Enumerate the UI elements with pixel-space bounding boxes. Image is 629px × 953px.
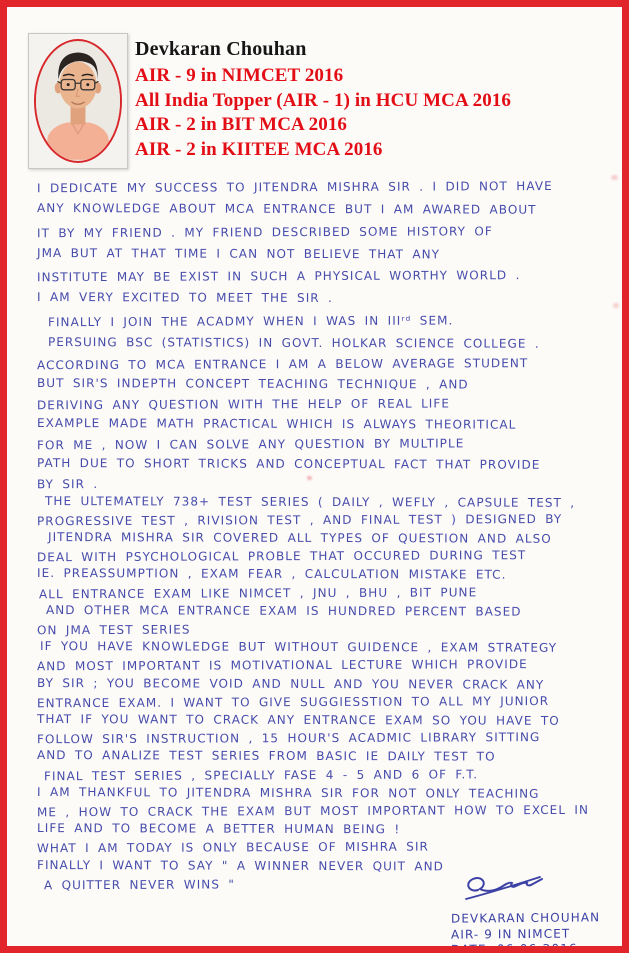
handwritten-line: IT BY MY FRIEND . MY FRIEND DESCRIBED SO… bbox=[37, 219, 612, 244]
handwritten-line: I DEDICATE MY SUCCESS TO JITENDRA MISHRA… bbox=[37, 175, 612, 200]
handwritten-line: FINAL TEST SERIES , SPECIALLY FASE 4 - 5… bbox=[44, 764, 612, 785]
header: Devkaran Chouhan AIR - 9 in NIMCET 2016A… bbox=[135, 38, 511, 162]
handwritten-line: I AM VERY EXCITED TO MEET THE SIR . bbox=[37, 286, 612, 310]
achievement-line: AIR - 9 in NIMCET 2016 bbox=[135, 64, 511, 89]
handwritten-line: THE ULTEMATELY 738+ TEST SERIES ( DAILY … bbox=[45, 492, 612, 512]
achievements-list: AIR - 9 in NIMCET 2016All India Topper (… bbox=[135, 64, 511, 162]
achievement-line: AIR - 2 in KIITEE MCA 2016 bbox=[135, 138, 511, 163]
signature-block: DEVKARAN CHOUHAN AIR- 9 IN NIMCET DATE- … bbox=[451, 873, 600, 953]
handwritten-line: ANY KNOWLEDGE ABOUT MCA ENTRANCE BUT I A… bbox=[37, 197, 612, 221]
handwritten-line: DERIVING ANY QUESTION WITH THE HELP OF R… bbox=[37, 393, 612, 416]
signature-date: DATE- 06-06-2016 bbox=[451, 941, 600, 953]
scan-artifact bbox=[613, 303, 619, 308]
handwritten-line: EXAMPLE MADE MATH PRACTICAL WHICH IS ALW… bbox=[37, 413, 612, 435]
student-photo bbox=[34, 39, 122, 163]
letter-body: I DEDICATE MY SUCCESS TO JITENDRA MISHRA… bbox=[37, 176, 612, 893]
handwritten-line: AND OTHER MCA ENTRANCE EXAM IS HUNDRED P… bbox=[46, 601, 612, 621]
achievement-line: AIR - 2 in BIT MCA 2016 bbox=[135, 113, 511, 138]
handwritten-line: I AM THANKFUL TO JITENDRA MISHRA SIR FOR… bbox=[37, 783, 612, 803]
handwritten-line: AND MOST IMPORTANT IS MOTIVATIONAL LECTU… bbox=[37, 655, 612, 676]
handwritten-line: BY SIR . bbox=[37, 473, 612, 494]
scan-artifact bbox=[307, 476, 312, 480]
signature-scribble-icon bbox=[459, 873, 544, 905]
handwritten-line: FOR ME , NOW I CAN SOLVE ANY QUESTION BY… bbox=[37, 433, 612, 456]
handwritten-line: FINALLY I JOIN THE ACADMY WHEN I WAS IN … bbox=[48, 309, 612, 334]
handwritten-line: PATH DUE TO SHORT TRICKS AND CONCEPTUAL … bbox=[37, 453, 612, 475]
handwritten-line: ACCORDING TO MCA ENTRANCE I AM A BELOW A… bbox=[37, 353, 612, 376]
student-portrait-icon bbox=[36, 41, 120, 161]
student-name: Devkaran Chouhan bbox=[135, 38, 511, 61]
handwritten-line: PERSUING BSC (STATISTICS) IN GOVT. HOLKA… bbox=[48, 331, 612, 355]
handwritten-line: ALL ENTRANCE EXAM LIKE NIMCET , JNU , BH… bbox=[39, 582, 612, 603]
handwritten-line: ie. PREASSUMPTION , EXAM FEAR , CALCULAT… bbox=[37, 564, 612, 584]
signature-rank: AIR- 9 IN NIMCET bbox=[451, 926, 600, 943]
handwritten-line: ENTRANCE EXAM. I WANT TO GIVE SUGGIESSTI… bbox=[37, 692, 612, 713]
handwritten-line: BUT SIR'S INDEPTH CONCEPT TEACHING TECHN… bbox=[37, 373, 612, 395]
handwritten-line: INSTITUTE MAY BE EXIST IN SUCH A PHYSICA… bbox=[37, 264, 612, 289]
achievement-line: All India Topper (AIR - 1) in HCU MCA 20… bbox=[135, 89, 511, 114]
handwritten-line: AND TO ANALIZE TEST SERIES FROM BASIC ie… bbox=[37, 746, 612, 766]
handwritten-line: JMA BUT AT THAT TIME I CAN NOT BELIEVE T… bbox=[37, 242, 612, 266]
handwritten-line: PROGRESSIVE TEST , RIVISION TEST , AND F… bbox=[37, 510, 612, 531]
scanned-testimonial-page: Devkaran Chouhan AIR - 9 in NIMCET 2016A… bbox=[0, 0, 629, 953]
scan-artifact bbox=[611, 175, 618, 180]
signature-name: DEVKARAN CHOUHAN bbox=[451, 910, 600, 927]
photo-frame bbox=[28, 33, 128, 169]
handwritten-line: WHAT I AM TODAY IS ONLY BECAUSE OF MISHR… bbox=[37, 837, 612, 858]
handwritten-line: BY SIR ; YOU BECOME VOID AND NULL AND YO… bbox=[37, 674, 612, 694]
